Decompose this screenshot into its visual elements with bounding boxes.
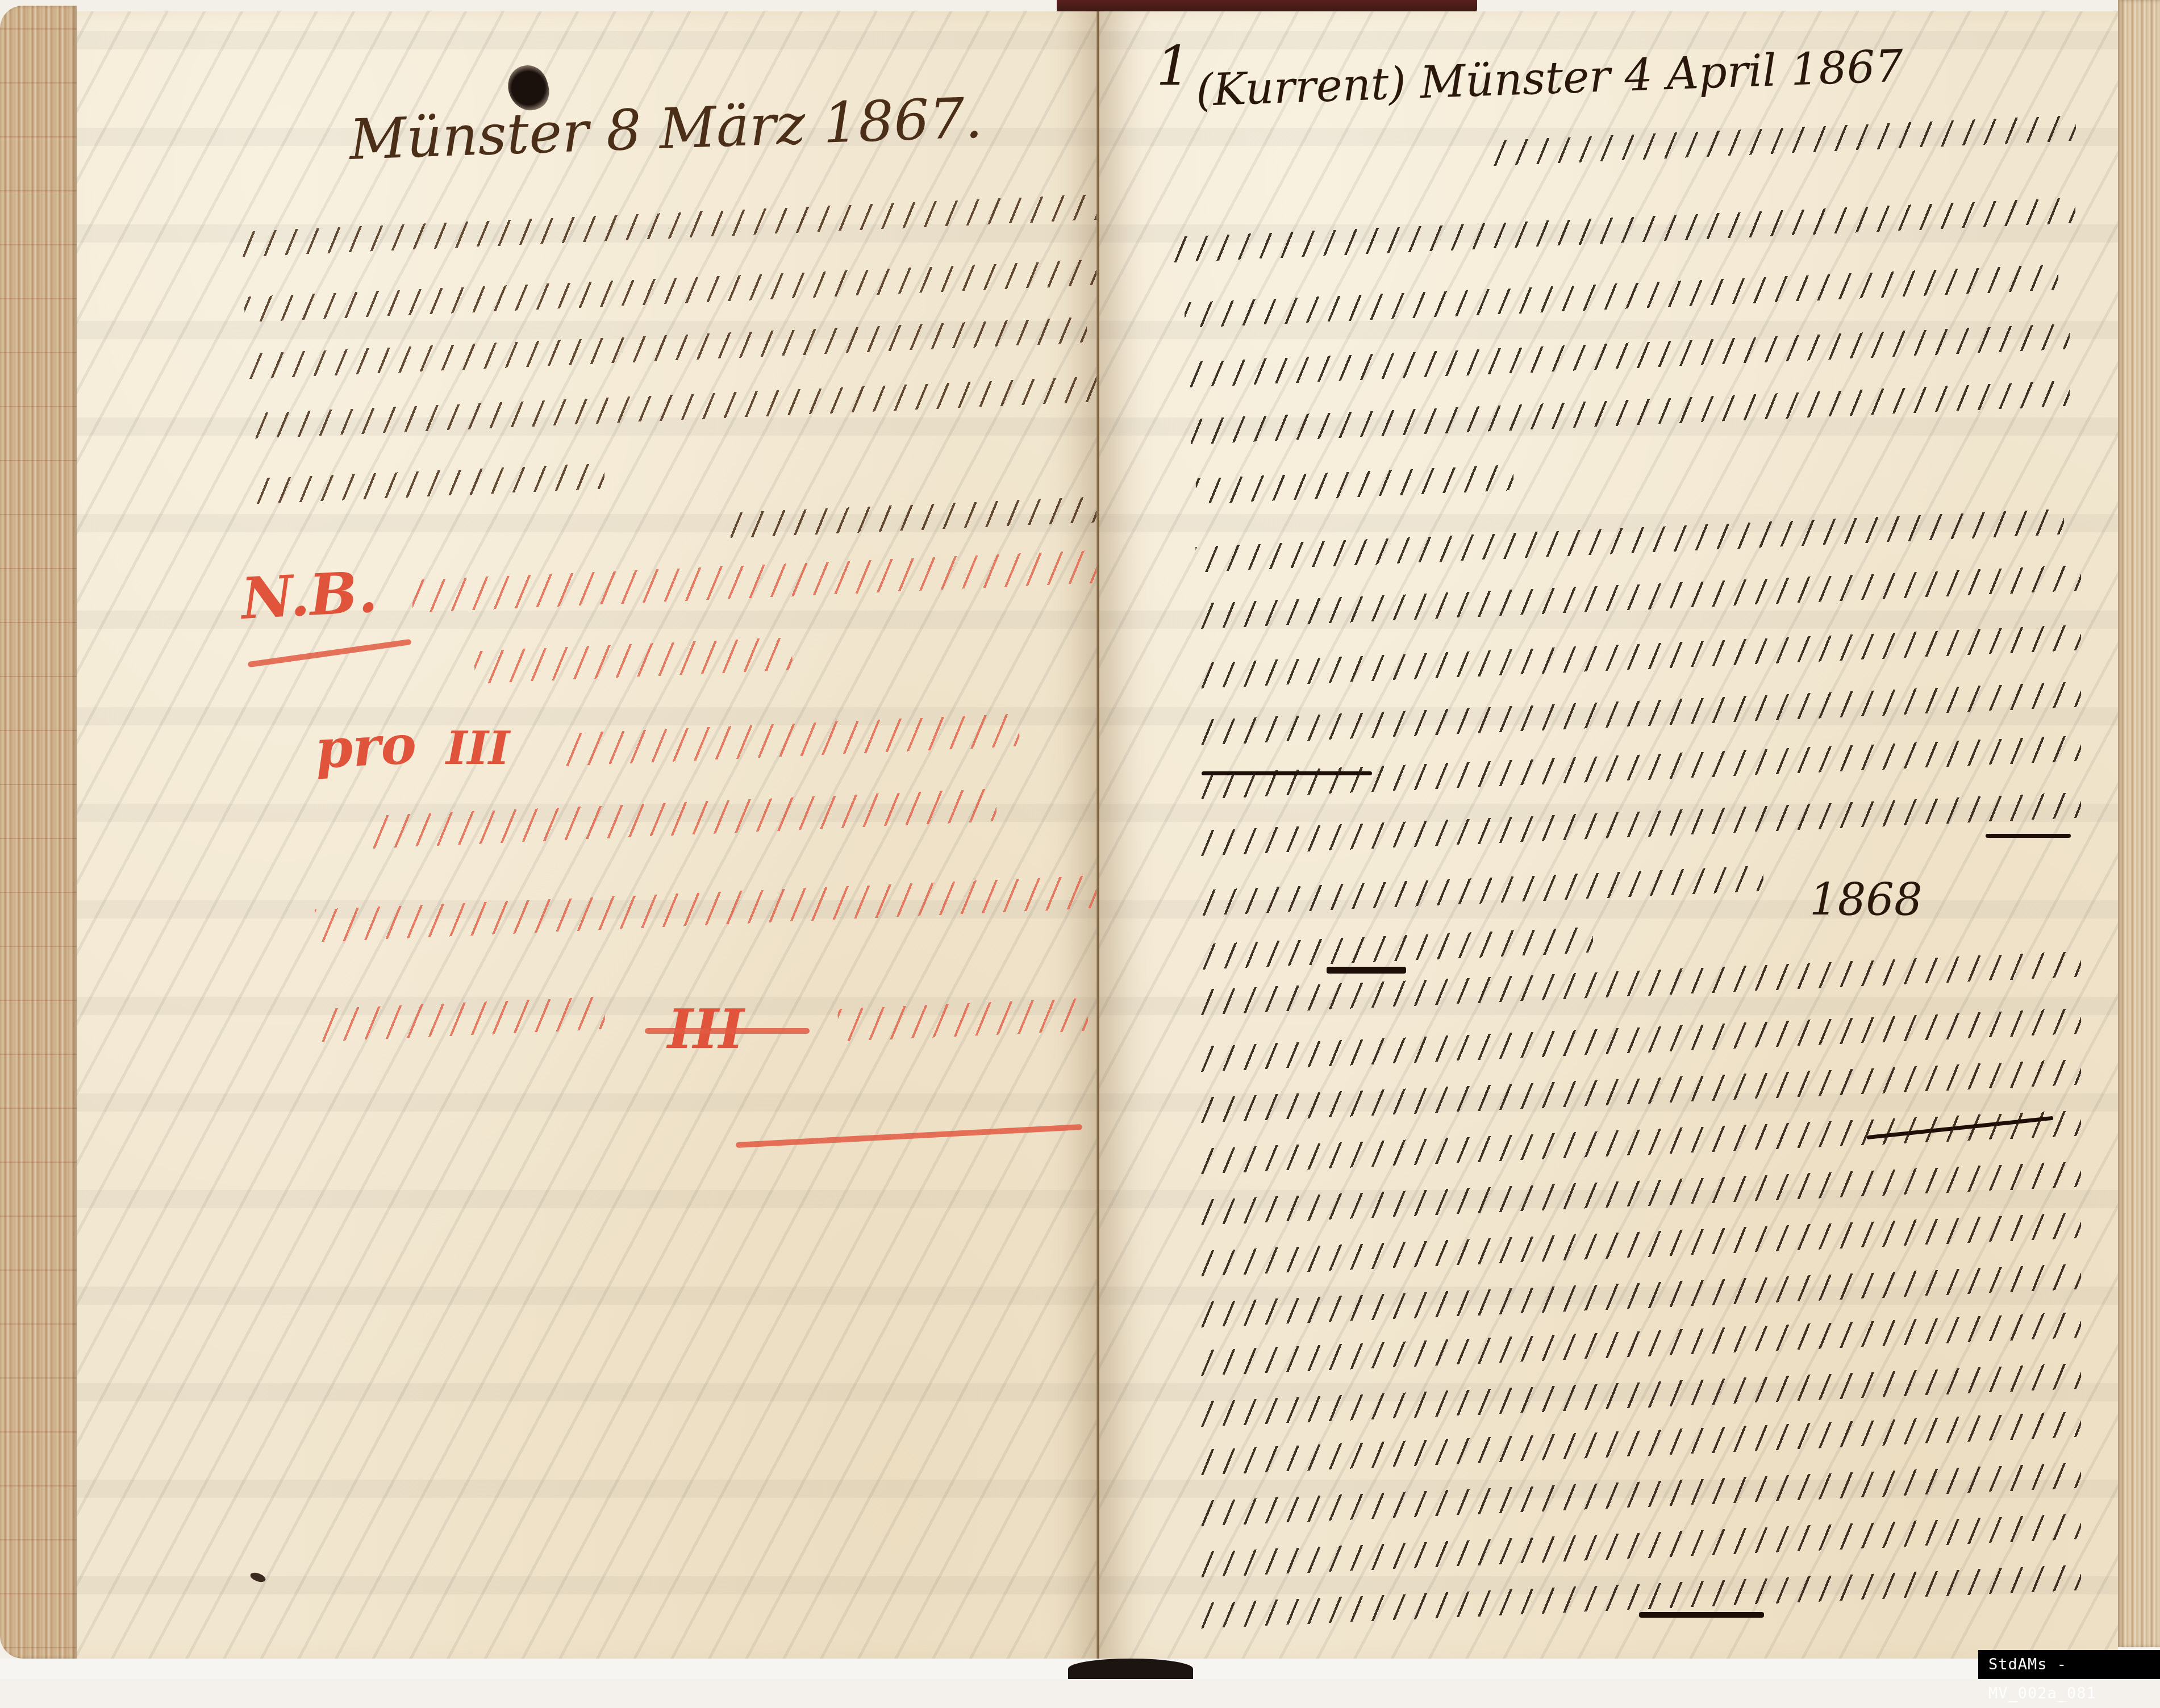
strikethrough <box>1639 1612 1764 1618</box>
left-page: Münster 8 März 1867. N.B. pro III III <box>77 11 1099 1661</box>
red-note-underline-1 <box>248 639 412 667</box>
right-page-marker: 1 <box>1156 34 1191 98</box>
left-body-line-5 <box>252 456 605 511</box>
red-note-pro: pro <box>314 713 418 781</box>
book-cover-top <box>1057 0 1477 12</box>
red-note-roman-numeral-1: III <box>446 721 510 775</box>
red-note-underline-2 <box>645 1028 810 1034</box>
year-1868: 1868 <box>1809 875 1923 926</box>
book-cover-bottom <box>1068 1659 1193 1679</box>
right-body-line <box>1166 190 2076 270</box>
book-scan: Münster 8 März 1867. N.B. pro III III 1 … <box>0 0 2160 1679</box>
right-page-stack-edge <box>2118 0 2160 1647</box>
left-body-line-1 <box>240 185 1099 264</box>
red-note-line-2 <box>473 628 793 693</box>
red-note-line-3 <box>564 704 1020 775</box>
right-body-line <box>1195 858 1764 923</box>
red-note-line-4 <box>371 779 998 858</box>
red-note-closing-rule <box>736 1124 1082 1148</box>
right-body-line <box>1195 458 1515 511</box>
strikethrough <box>1327 967 1406 974</box>
red-note-prefix: N.B. <box>240 558 379 632</box>
archive-id-label: StdAMs - MV_002a_081 <box>1978 1650 2160 1679</box>
right-heading-line-1: (Kurrent) Münster 4 April 1867 <box>1195 41 1904 116</box>
right-heading-line-2 <box>1490 108 2076 173</box>
ink-smudge <box>249 1571 266 1584</box>
red-note-line-6a <box>320 987 606 1051</box>
left-signature <box>729 490 1099 545</box>
red-note-line-5 <box>314 866 1099 951</box>
left-page-heading: Münster 8 März 1867. <box>348 86 983 173</box>
right-page: 1 (Kurrent) Münster 4 April 1867 1868 <box>1099 11 2118 1661</box>
left-page-stack-edge <box>0 6 77 1659</box>
red-note-line-1 <box>411 539 1099 622</box>
strikethrough <box>1986 834 2071 838</box>
red-note-line-6b <box>837 989 1089 1051</box>
